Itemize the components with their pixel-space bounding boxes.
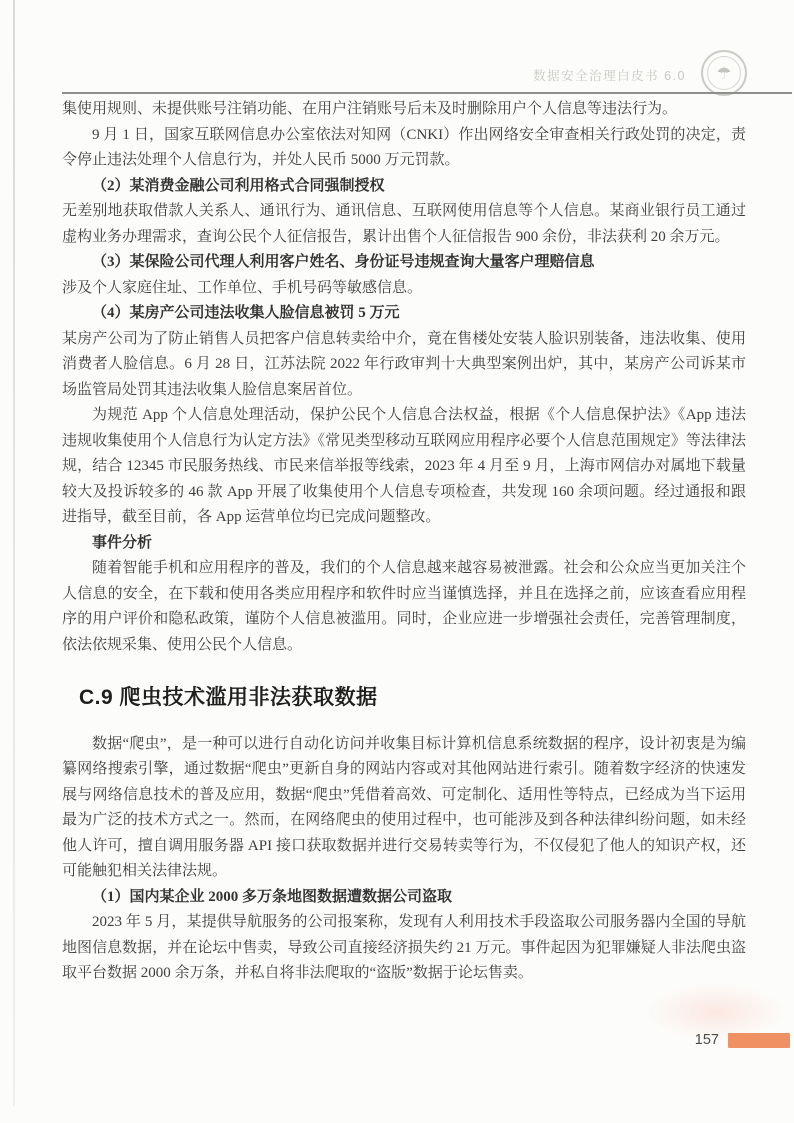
header-title: 数据安全治理白皮书 6.0 <box>533 66 686 84</box>
scan-edge-line <box>13 0 15 1106</box>
body-paragraph: 9 月 1 日，国家互联网信息办公室依法对知网（CNKI）作出网络安全审查相关行… <box>62 123 746 174</box>
body-paragraph: 无差别地获取借款人关系人、通讯行为、通讯信息、互联网使用信息等个人信息。某商业银… <box>62 199 746 250</box>
page-content: 集使用规则、未提供账号注销功能、在用户注销账号后未及时删除用户个人信息等违法行为… <box>62 97 746 987</box>
body-paragraph: 数据“爬虫”，是一种可以进行自动化访问并收集目标计算机信息系统数据的程序，设计初… <box>62 732 746 885</box>
body-paragraph: 某房产公司为了防止销售人员把客户信息转卖给中介，竟在售楼处安装人脸识别装备，违法… <box>62 327 746 404</box>
section-heading: C.9 爬虫技术滥用非法获取数据 <box>79 685 746 711</box>
umbrella-seal-logo: ☂ <box>701 50 747 96</box>
document-page: 数据安全治理白皮书 6.0 ☂ 集使用规则、未提供账号注销功能、在用户注销账号后… <box>0 0 794 1123</box>
sub-heading: （4）某房产公司违法收集人脸信息被罚 5 万元 <box>62 301 746 327</box>
header-divider <box>62 92 792 94</box>
sub-heading: （1）国内某企业 2000 多万条地图数据遭数据公司盗取 <box>62 885 746 911</box>
sub-heading-event-analysis: 事件分析 <box>62 531 746 557</box>
page-footer: 157 <box>695 1032 790 1048</box>
body-paragraph: 集使用规则、未提供账号注销功能、在用户注销账号后未及时删除用户个人信息等违法行为… <box>62 97 746 123</box>
body-paragraph: 2023 年 5 月，某提供导航服务的公司报案称，发现有人利用技术手段盗取公司服… <box>62 910 746 987</box>
footer-accent-bar <box>728 1033 790 1048</box>
body-paragraph: 涉及个人家庭住址、工作单位、手机号码等敏感信息。 <box>62 276 746 302</box>
body-paragraph: 为规范 App 个人信息处理活动，保护公民个人信息合法权益，根据《个人信息保护法… <box>62 403 746 531</box>
body-paragraph: 随着智能手机和应用程序的普及，我们的个人信息越来越容易被泄露。社会和公众应当更加… <box>62 556 746 658</box>
sub-heading: （3）某保险公司代理人利用客户姓名、身份证号违规查询大量客户理赔信息 <box>62 250 746 276</box>
sub-heading: （2）某消费金融公司利用格式合同强制授权 <box>62 174 746 200</box>
umbrella-icon: ☂ <box>707 56 741 90</box>
page-number: 157 <box>695 1032 719 1048</box>
